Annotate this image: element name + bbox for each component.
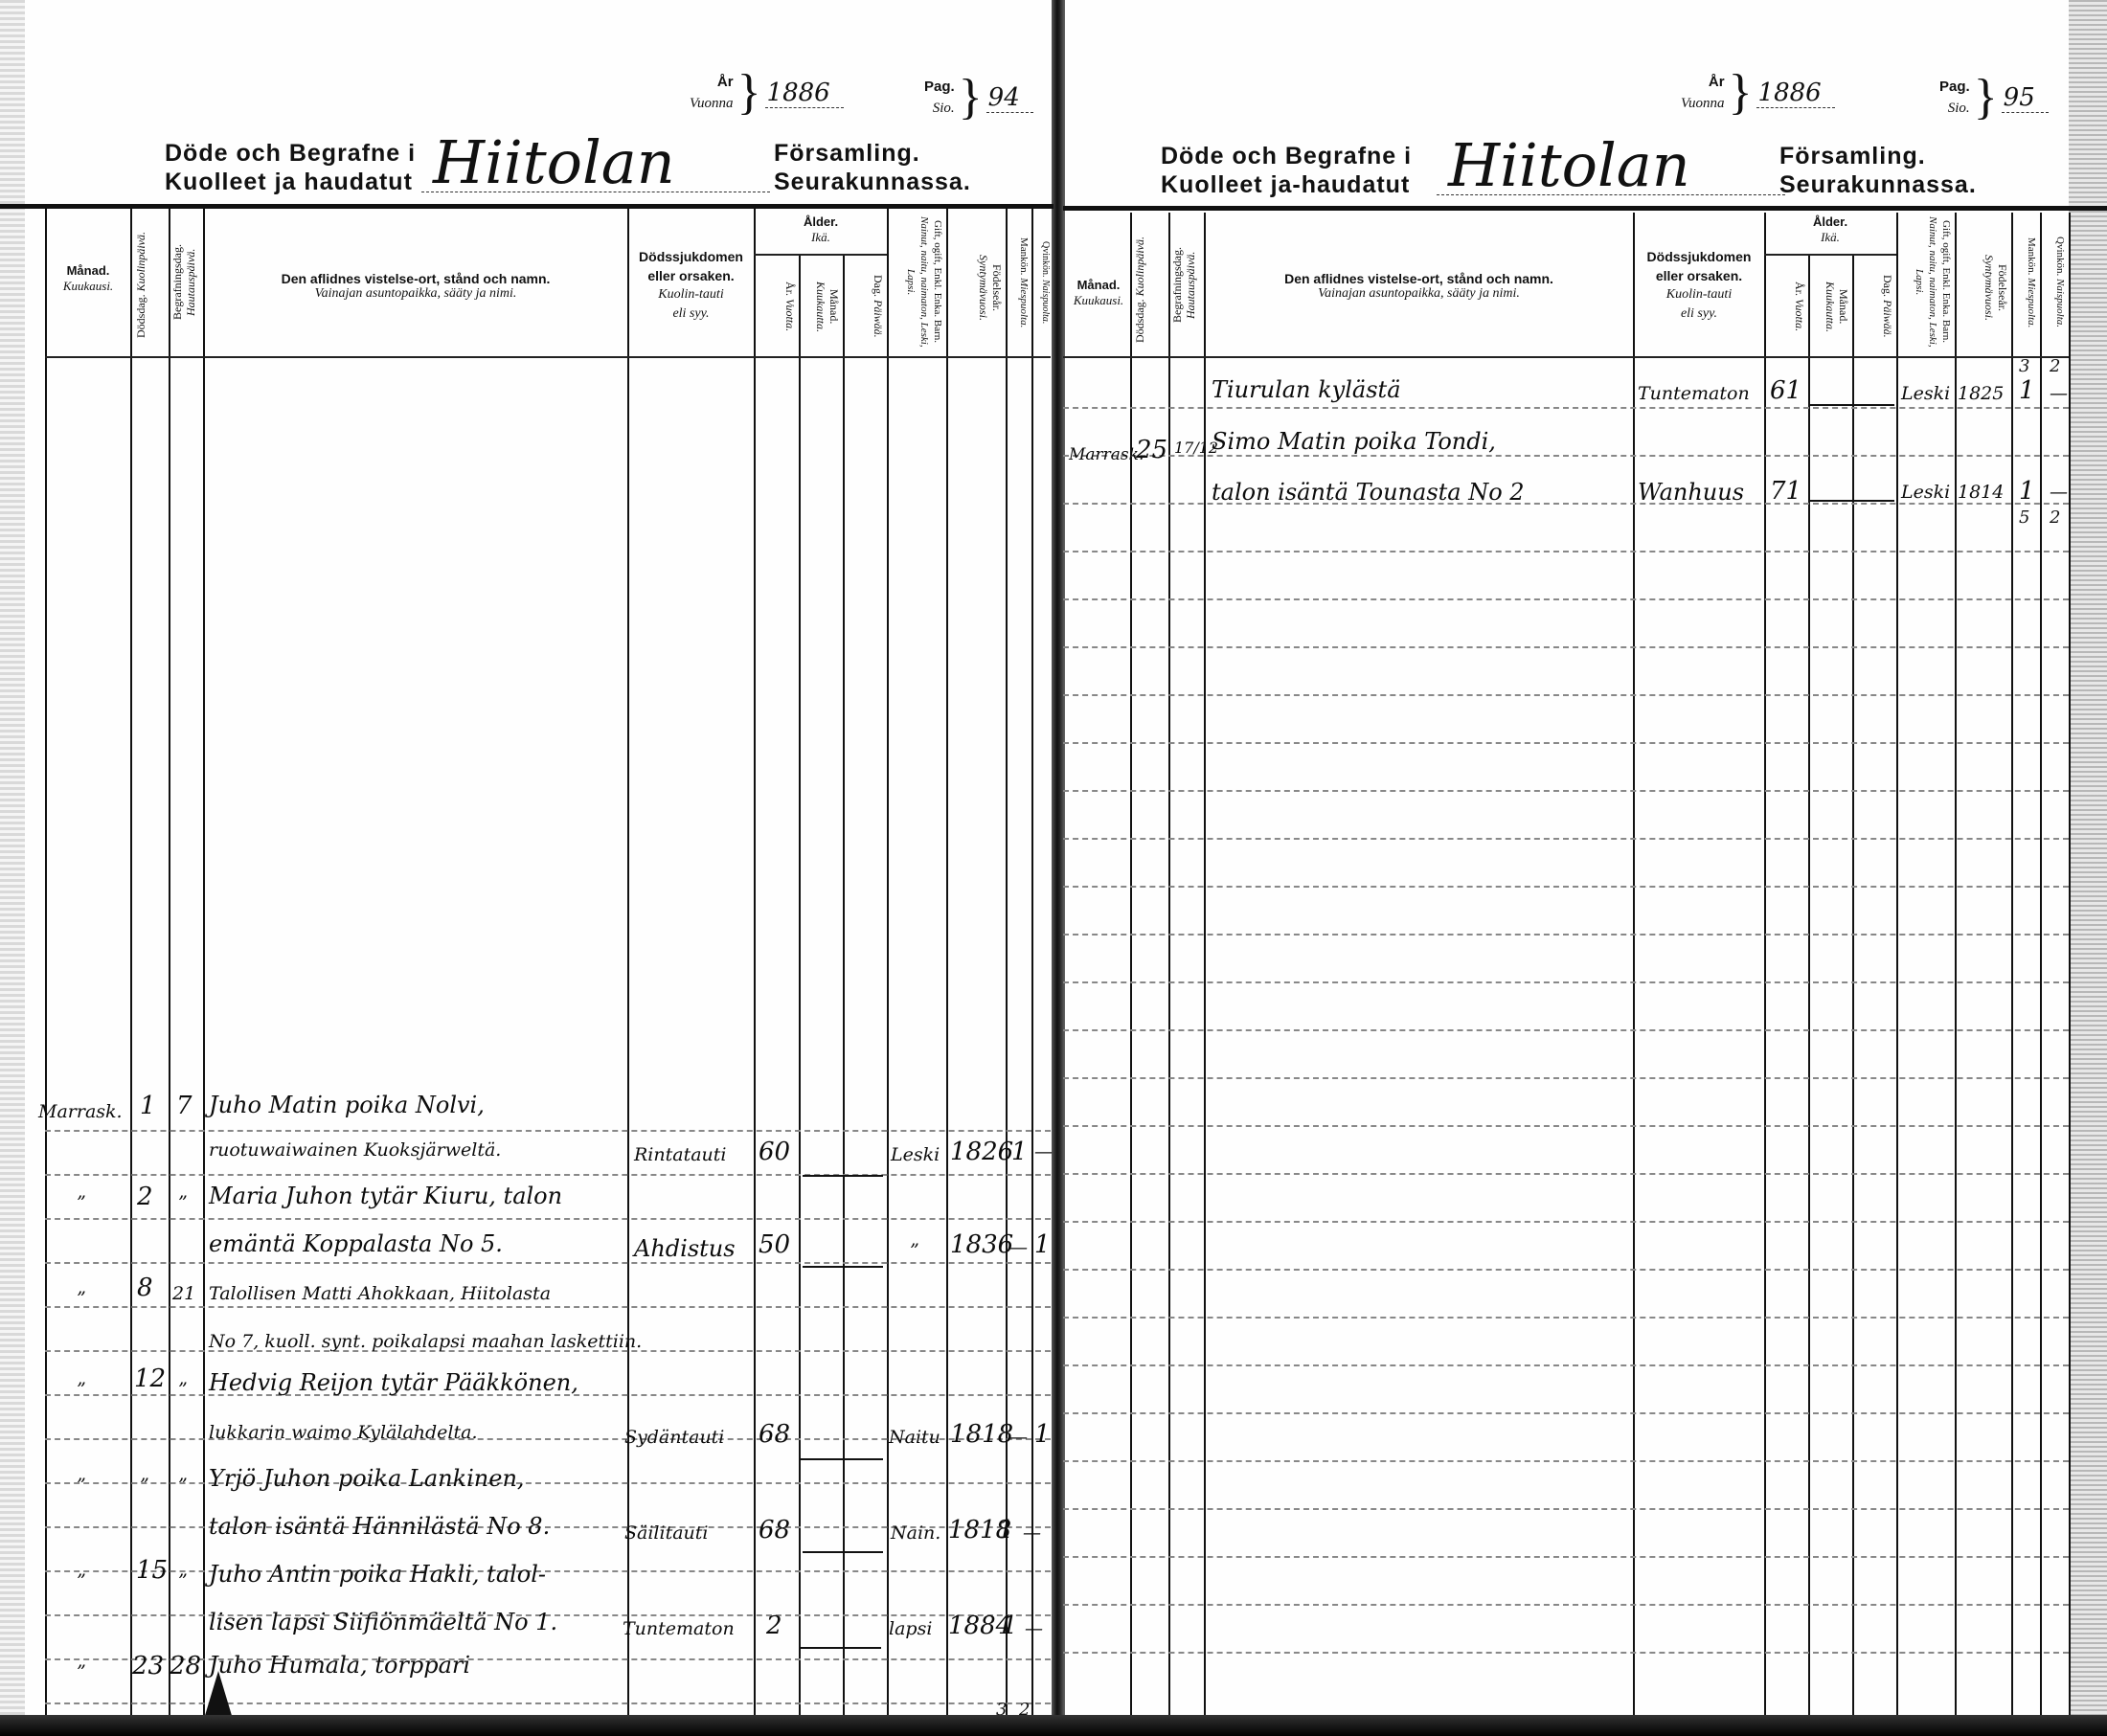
- entry-female: —: [2050, 383, 2068, 404]
- entry-name-line1: Talollisen Matti Ahokkaan, Hiitolasta: [209, 1283, 551, 1304]
- right-parish-name: Hiitolan: [1437, 137, 1785, 195]
- entry-status: Leski: [1901, 482, 1950, 503]
- entry-female: —: [2050, 482, 2068, 503]
- col-age-years: År. Vuotta.: [757, 263, 797, 349]
- entry-male: 1: [2019, 376, 2035, 405]
- entry-burial-day: ”: [178, 1475, 188, 1496]
- col-month: Månad. Kuukausi.: [1068, 278, 1129, 308]
- entry-birth-year: 1826: [950, 1138, 1013, 1166]
- col-birth-year: Födelseår. Syntymävuosi.: [948, 230, 1004, 345]
- entry-name-line2: lukkarin waimo Kylälahdelta.: [209, 1422, 478, 1443]
- entry-male: 1: [998, 1516, 1014, 1544]
- entry-cause: Sydäntauti: [624, 1427, 724, 1448]
- header-rule: [1063, 206, 2107, 211]
- page-label-sv: Pag.: [1939, 77, 1970, 98]
- year-value: 1886: [765, 79, 844, 108]
- entry-burial-day: ”: [178, 1192, 188, 1213]
- entry-birth-year: 1818: [950, 1420, 1013, 1449]
- entry-male: —: [1009, 1427, 1028, 1448]
- entry-male: 1: [1002, 1612, 1018, 1640]
- col-age: Ålder. Ikä.: [1764, 214, 1896, 245]
- entry-female: —: [1034, 1141, 1053, 1162]
- col-age-months: Månad. Kuukautta.: [1810, 263, 1850, 349]
- entry-month: ”: [77, 1475, 86, 1496]
- col-male: Mankön. Miespuolta.: [2013, 215, 2038, 349]
- entry-death-day: 2: [137, 1183, 153, 1211]
- col-age-months: Månad. Kuukautta.: [801, 263, 841, 349]
- year-label-fi: Vuonna: [1681, 93, 1725, 114]
- col-age-days: Dag. Päiwää.: [845, 263, 885, 349]
- entry-name-line2: lisen lapsi Siifiönmäeltä No 1.: [209, 1609, 557, 1635]
- entry-status: lapsi: [889, 1618, 932, 1639]
- col-burial-day: Begrafningsdag. Hautauspäivä.: [170, 213, 201, 351]
- entry-name-line1: Juho Humala, torppari: [209, 1652, 470, 1679]
- entry-month: Marrask.: [1069, 445, 1144, 464]
- year-label-fi: Vuonna: [690, 93, 734, 114]
- entry-burial-day: 21: [172, 1283, 195, 1304]
- left-parish-name: Hiitolan: [421, 134, 770, 192]
- entry-month: ”: [77, 1288, 86, 1309]
- right-female-total: 2: [2050, 507, 2060, 528]
- col-age-years: År. Vuotta.: [1766, 263, 1806, 349]
- entry-burial-day: ”: [178, 1570, 188, 1591]
- col-birth-year: Födelseår. Syntymävuosi.: [1957, 230, 2009, 345]
- col-death-day: Dödsdag. Kuolinpäivä.: [1133, 230, 1167, 349]
- entry-female: 1: [1034, 1230, 1051, 1259]
- entry-age: 68: [759, 1420, 790, 1449]
- entry-name-line2: No 7, kuoll. synt. poikalapsi maahan las…: [209, 1331, 642, 1352]
- entry-age: 60: [759, 1138, 790, 1166]
- col-name: Den aflidnes vistelse-ort, stånd och nam…: [1207, 271, 1631, 302]
- book-gutter: [1052, 0, 1065, 1736]
- col-marital-status: Gift, ogift, Enkl. Enka. Barn. Nainut, n…: [889, 213, 944, 351]
- entry-age: 68: [759, 1516, 790, 1544]
- entry-birth-year: 1814: [1958, 482, 2004, 503]
- title-fi: Kuolleet ja haudatut: [165, 168, 416, 196]
- entry-name-line2: talon isäntä Hännilästä No 8.: [209, 1513, 550, 1540]
- entry-male: —: [1009, 1237, 1028, 1258]
- col-female: Qvinkön. Naispuolta.: [1032, 215, 1052, 349]
- entry-female: 1: [1034, 1420, 1051, 1449]
- entry-age: 61: [1770, 376, 1801, 405]
- page-bottom-shadow: [0, 1715, 2107, 1736]
- left-title-prefix: Döde och Begrafne i Kuolleet ja haudatut: [165, 139, 416, 196]
- entry-burial-day: ”: [178, 1379, 188, 1400]
- right-female-carry: 2: [2050, 356, 2060, 376]
- year-label-sv: År: [690, 72, 734, 93]
- col-cause: Dödssjukdomen eller orsaken. Kuolin-taut…: [1636, 247, 1762, 324]
- entry-status: ”: [910, 1240, 919, 1261]
- right-year-block: År Vuonna } 1886: [1681, 72, 1835, 114]
- entry-name-line2: ruotuwaiwainen Kuoksjärweltä.: [209, 1139, 501, 1161]
- left-title-suffix: Församling. Seurakunnassa.: [774, 139, 971, 196]
- entry-death-day: 12: [134, 1364, 166, 1393]
- suffix-sv: Församling.: [1779, 142, 1977, 170]
- suffix-fi: Seurakunnassa.: [1779, 170, 1977, 199]
- col-age: Ålder. Ikä.: [755, 214, 887, 245]
- entry-cause: Wanhuus: [1638, 479, 1744, 506]
- entry-month: ”: [77, 1570, 86, 1591]
- brace: }: [1729, 74, 1753, 112]
- brace: }: [737, 74, 761, 112]
- entry-female: —: [1023, 1522, 1041, 1544]
- right-male-total: 5: [2019, 507, 2029, 528]
- entry-male: 1: [1011, 1138, 1028, 1166]
- entry-age: 50: [759, 1230, 790, 1259]
- left-page-number-block: Pag. Sio. } 94: [924, 77, 1033, 119]
- entry-month: ”: [77, 1661, 86, 1682]
- title-sv: Döde och Begrafne i: [1161, 142, 1412, 170]
- entry-death-day: 15: [136, 1556, 168, 1585]
- col-female: Qvinkön. Naispuolta.: [2042, 215, 2067, 349]
- entry-cause: Tuntematon: [623, 1618, 735, 1639]
- entry-status: Leski: [1901, 383, 1950, 404]
- entry-name-line1: Juho Matin poika Nolvi,: [209, 1092, 485, 1118]
- page-number: 95: [2002, 83, 2049, 113]
- entry-death-day: 25: [1136, 436, 1167, 464]
- title-sv: Döde och Begrafne i: [165, 139, 416, 168]
- entry-birth-year: 1836: [950, 1230, 1013, 1259]
- right-title-prefix: Döde och Begrafne i Kuolleet ja-haudatut: [1161, 142, 1412, 199]
- col-death-day: Dödsdag. Kuolinpäivä.: [134, 222, 167, 347]
- entry-cause: Säilitauti: [624, 1522, 709, 1544]
- entry-female: —: [1025, 1618, 1043, 1639]
- year-label-sv: År: [1681, 72, 1725, 93]
- entry-name-line1: Yrjö Juhon poika Lankinen,: [209, 1465, 525, 1492]
- suffix-sv: Församling.: [774, 139, 971, 168]
- page-label-fi: Sio.: [1939, 98, 1970, 119]
- year-value: 1886: [1756, 79, 1835, 108]
- page-edge-left: [0, 0, 25, 1736]
- left-year-block: År Vuonna } 1886: [690, 72, 844, 114]
- entry-age: 71: [1770, 477, 1801, 506]
- entry-death-day: 23: [132, 1652, 164, 1680]
- entry-name-line1: Hedvig Reijon tytär Pääkkönen,: [209, 1369, 578, 1396]
- right-male-carry: 3: [2019, 356, 2029, 376]
- right-title-suffix: Församling. Seurakunnassa.: [1779, 142, 1977, 199]
- suffix-fi: Seurakunnassa.: [774, 168, 971, 196]
- entry-birth-year: 1825: [1958, 383, 2004, 404]
- entry-death-day: 8: [137, 1274, 153, 1302]
- col-name: Den aflidnes vistelse-ort, stånd och nam…: [206, 271, 625, 302]
- entry-cause: Ahdistus: [634, 1235, 736, 1262]
- page-number: 94: [986, 83, 1033, 113]
- entry-name-line1: Simo Matin poika Tondi,: [1212, 428, 1496, 455]
- entry-name-line1: Juho Antin poika Hakli, talol-: [209, 1561, 546, 1588]
- brace: }: [959, 79, 983, 117]
- page-label-fi: Sio.: [924, 98, 955, 119]
- col-age-days: Dag. Päiwää.: [1854, 263, 1894, 349]
- entry-name-line1: Maria Juhon tytär Kiuru, talon: [209, 1183, 562, 1209]
- header-rule: [0, 204, 1053, 209]
- entry-burial-day: 28: [170, 1652, 201, 1680]
- entry-death-day: ”: [140, 1475, 149, 1496]
- col-male: Mankön. Miespuolta.: [1008, 215, 1031, 349]
- entry-month: ”: [77, 1192, 86, 1213]
- entry-status: Nain.: [891, 1522, 940, 1544]
- entry-name-line2: talon isäntä Tounasta No 2: [1212, 479, 1525, 506]
- entry-status: Leski: [891, 1144, 940, 1165]
- entry-cause: Tuntematon: [1638, 383, 1750, 404]
- entry-age: 2: [766, 1612, 782, 1640]
- entry-male: 1: [2019, 477, 2035, 506]
- entry-cause: Rintatauti: [634, 1144, 727, 1165]
- col-cause: Dödssjukdomen eller orsaken. Kuolin-taut…: [630, 247, 752, 324]
- col-month: Månad. Kuukausi.: [48, 263, 128, 294]
- entry-month: ”: [77, 1379, 86, 1400]
- col-marital-status: Gift, ogift, Enkl. Enka. Barn. Nainut, n…: [1898, 213, 1953, 351]
- col-burial-day: Begrafningsdag. Hautauspäivä.: [1170, 215, 1202, 354]
- right-page-number-block: Pag. Sio. } 95: [1939, 77, 2049, 119]
- brace: }: [1974, 79, 1998, 117]
- title-fi: Kuolleet ja-haudatut: [1161, 170, 1412, 199]
- entry-name-line2: emäntä Koppalasta No 5.: [209, 1230, 503, 1257]
- page-edge-right: [2069, 0, 2107, 1736]
- entry-burial-day: 7: [176, 1092, 193, 1120]
- entry-status: Naitu: [889, 1427, 940, 1448]
- entry-month: Marrask.: [38, 1101, 123, 1122]
- entry-death-day: 1: [140, 1092, 156, 1120]
- entry-name-line1: Tiurulan kylästä: [1212, 376, 1401, 403]
- page-label-sv: Pag.: [924, 77, 955, 98]
